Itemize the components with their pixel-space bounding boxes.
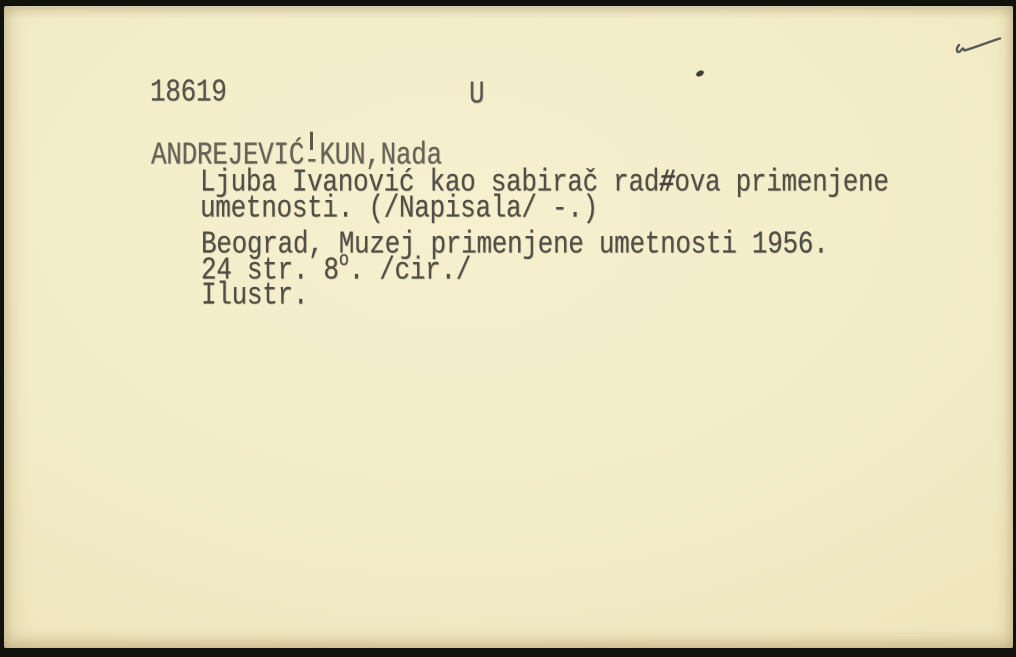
paper-card: 18619 U ANDREJEVIĆ-KUN,Nada Ljuba Ivanov… [4, 6, 1013, 648]
scanned-catalog-card: 18619 U ANDREJEVIĆ-KUN,Nada Ljuba Ivanov… [0, 0, 1016, 657]
ink-dot [695, 69, 704, 77]
format-superscript-o: o [339, 249, 349, 272]
strikeout-character: # [659, 164, 674, 201]
classification-letter: U [469, 78, 484, 110]
illustration-note: Ilustr. [201, 279, 308, 311]
collation-script-note: . /cir./ [349, 252, 471, 289]
title-text-post: ova primenjene [674, 164, 888, 201]
pencil-checkmark-icon [953, 35, 1003, 59]
accession-number: 18619 [150, 76, 227, 108]
title-line-2: umetnosti. (/Napisala/ -.) [200, 192, 598, 224]
